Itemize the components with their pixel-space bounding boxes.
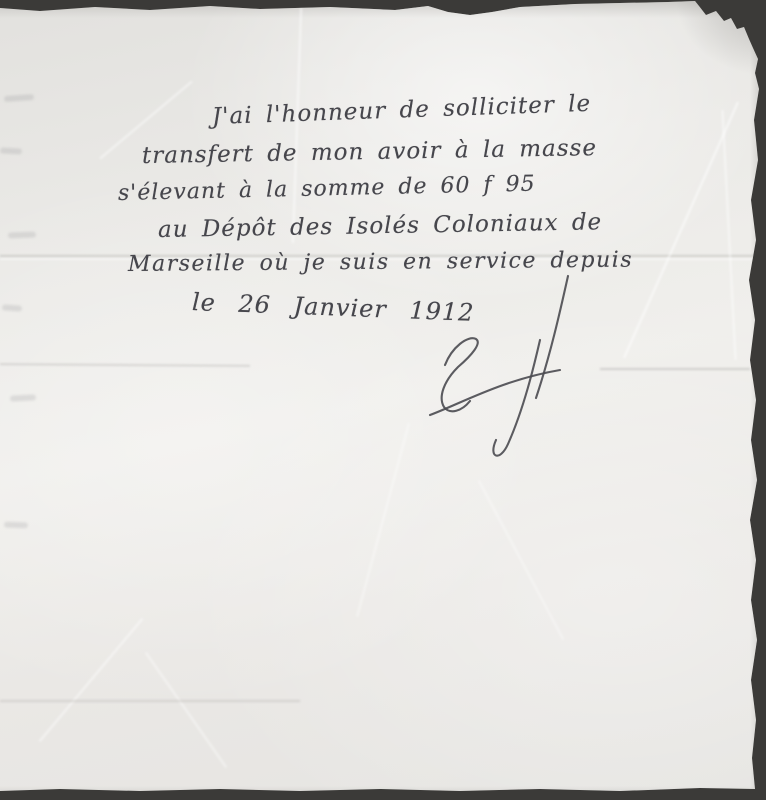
- signature-stroke: [493, 340, 540, 456]
- handwritten-line-6: le 26 Janvier 1912: [191, 288, 475, 327]
- paper-crease: [721, 110, 736, 360]
- ink-bleed-mark: [0, 147, 22, 154]
- paper-sheet: J'ai l'honneur de solliciter le transfer…: [0, 0, 766, 800]
- paper-crease: [600, 368, 750, 370]
- paper-crease: [0, 363, 250, 367]
- ink-bleed-mark: [4, 94, 34, 102]
- torn-corner-shadow: [616, 0, 766, 130]
- paper-crease: [0, 700, 300, 702]
- signature-flourish: [536, 276, 568, 398]
- handwritten-line-5: Marseille où je suis en service depuis: [128, 248, 633, 277]
- paper-crease: [478, 480, 564, 640]
- paper-edge-shadow-top: [0, 0, 766, 18]
- handwritten-line-4: au Dépôt des Isolés Coloniaux de: [158, 209, 603, 243]
- photo-background: J'ai l'honneur de solliciter le transfer…: [0, 0, 766, 800]
- paper-crease: [623, 102, 739, 359]
- ink-bleed-mark: [4, 522, 28, 529]
- handwritten-line-1: J'ai l'honneur de solliciter le: [212, 91, 592, 130]
- paper-crease: [39, 618, 143, 742]
- paper-crease: [145, 652, 227, 768]
- handwritten-line-2: transfert de mon avoir à la masse: [142, 135, 597, 169]
- paper-edge-shadow-right: [750, 0, 766, 800]
- handwritten-line-3: s'élevant à la somme de 60 f 95: [118, 172, 536, 206]
- ink-bleed-mark: [8, 232, 36, 239]
- ink-bleed-mark: [10, 394, 36, 401]
- paper-crease: [356, 423, 410, 617]
- signature-stroke: [430, 370, 560, 415]
- paper-edge-shadow-bottom: [0, 786, 766, 800]
- signature-stroke: [442, 338, 478, 411]
- ink-bleed-mark: [2, 304, 22, 311]
